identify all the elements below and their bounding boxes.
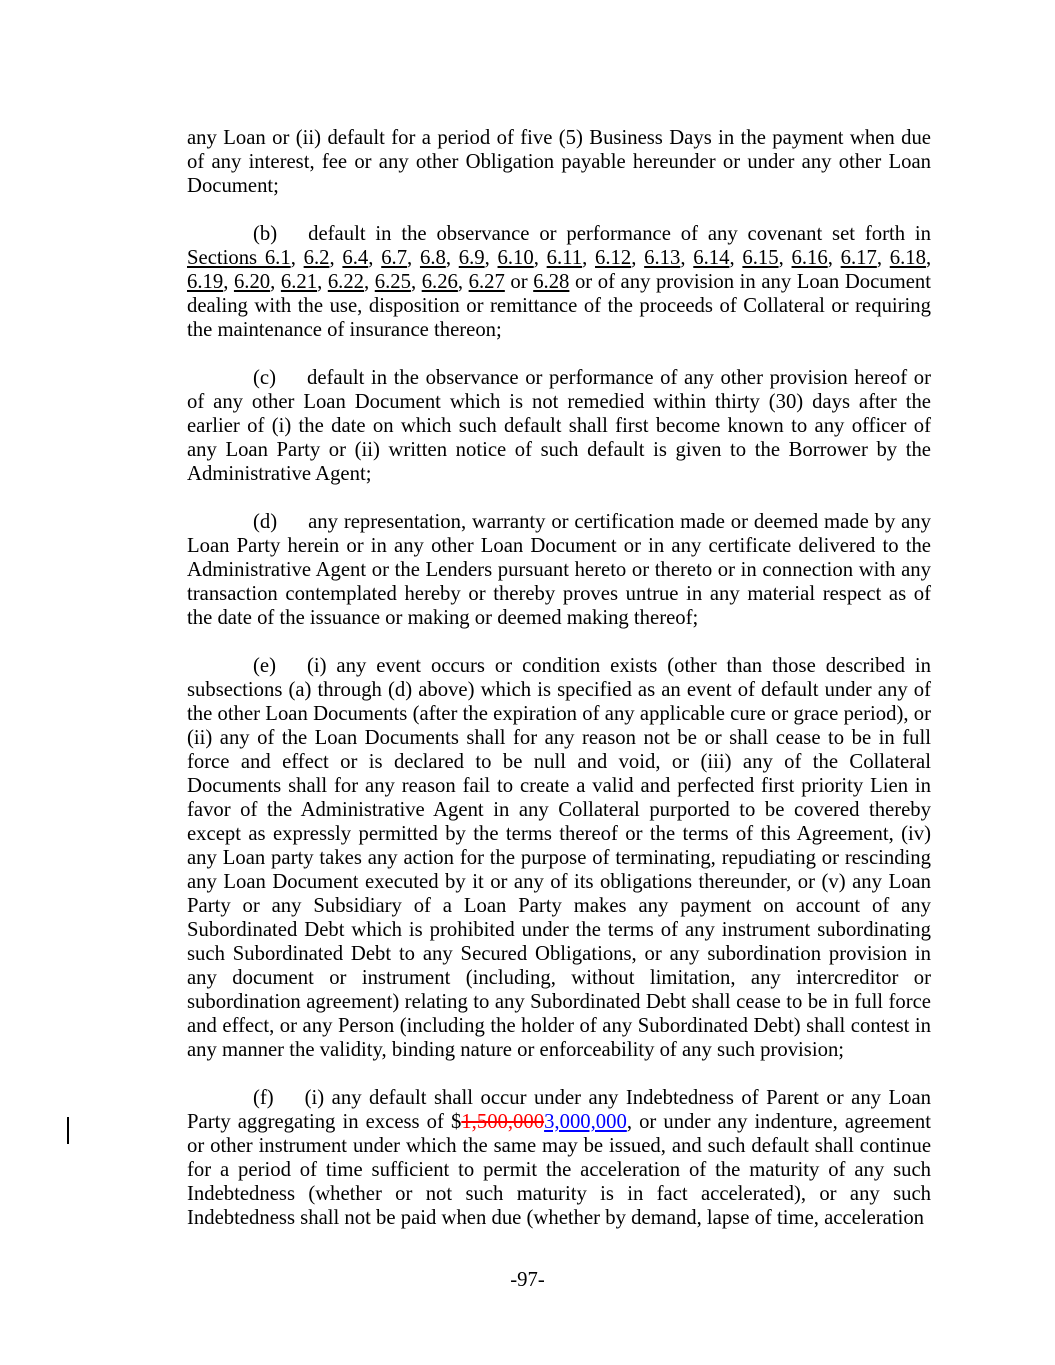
section-reference: 6.15	[742, 247, 778, 269]
text-segment: ,	[779, 247, 792, 269]
paragraph-clause-c: (c)default in the observance or performa…	[187, 366, 931, 486]
paragraph-clause-d-label: (d)	[253, 511, 277, 533]
text-segment: ,	[534, 247, 547, 269]
section-reference: 6.9	[459, 247, 485, 269]
text-segment: any representation, warranty or certific…	[187, 511, 931, 629]
text-segment: default in the observance or performance…	[187, 367, 931, 485]
page-footer: -97-	[0, 1268, 1055, 1292]
paragraph-clause-f: (f)(i) any default shall occur under any…	[187, 1086, 931, 1230]
document-body: any Loan or (ii) default for a period of…	[187, 126, 931, 1254]
section-reference: 6.12	[595, 247, 631, 269]
text-segment: (i) any event occurs or condition exists…	[187, 655, 931, 1061]
section-reference: 6.18	[890, 247, 926, 269]
text-segment: ,	[458, 271, 469, 293]
section-reference: 6.7	[381, 247, 407, 269]
text-segment: ,	[291, 247, 304, 269]
section-reference: 6.16	[792, 247, 828, 269]
text-segment: ,	[729, 247, 742, 269]
text-segment: ,	[364, 271, 375, 293]
section-reference: 6.10	[498, 247, 534, 269]
section-reference: 6.20	[234, 271, 270, 293]
inserted-text: 3,000,000	[544, 1111, 627, 1133]
section-reference: 6.21	[281, 271, 317, 293]
text-segment: default in the observance or performance…	[308, 223, 931, 245]
text-segment: ,	[329, 247, 342, 269]
text-segment: ,	[223, 271, 234, 293]
text-segment: ,	[680, 247, 693, 269]
text-segment: ,	[582, 247, 595, 269]
paragraph-clause-e-label: (e)	[253, 655, 276, 677]
section-reference: 6.17	[841, 247, 877, 269]
text-segment: ,	[485, 247, 498, 269]
section-reference: 6.22	[328, 271, 364, 293]
text-segment: ,	[828, 247, 841, 269]
text-segment: ,	[317, 271, 328, 293]
paragraph-continuation: any Loan or (ii) default for a period of…	[187, 126, 931, 198]
section-reference: 6.28	[533, 271, 569, 293]
paragraph-clause-b: (b)default in the observance or performa…	[187, 222, 931, 342]
document-page: any Loan or (ii) default for a period of…	[0, 0, 1055, 1365]
deleted-text: 1,500,000	[461, 1111, 544, 1133]
section-reference: 6.2	[304, 247, 330, 269]
text-segment: ,	[877, 247, 890, 269]
text-segment: ,	[407, 247, 420, 269]
text-segment: ,	[631, 247, 644, 269]
text-segment: ,	[446, 247, 459, 269]
paragraph-clause-c-label: (c)	[253, 367, 276, 389]
paragraph-clause-e: (e)(i) any event occurs or condition exi…	[187, 654, 931, 1062]
paragraph-clause-b-label: (b)	[253, 223, 277, 245]
section-reference: 6.4	[342, 247, 368, 269]
paragraph-clause-d: (d)any representation, warranty or certi…	[187, 510, 931, 630]
text-segment: ,	[926, 247, 931, 269]
paragraph-clause-f-label: (f)	[253, 1087, 274, 1109]
section-reference: 6.14	[693, 247, 729, 269]
section-reference: 6.27	[469, 271, 505, 293]
section-reference: 6.25	[375, 271, 411, 293]
section-reference: 6.13	[644, 247, 680, 269]
section-reference: 6.8	[420, 247, 446, 269]
text-segment: or	[505, 271, 533, 293]
section-reference: 6.26	[422, 271, 458, 293]
change-bar	[67, 1117, 69, 1144]
section-reference: Sections 6.1	[187, 247, 291, 269]
text-segment: any Loan or (ii) default for a period of…	[187, 127, 931, 197]
text-segment: ,	[368, 247, 381, 269]
text-segment: ,	[270, 271, 281, 293]
section-reference: 6.11	[547, 247, 582, 269]
text-segment: ,	[411, 271, 422, 293]
page-number: -97-	[510, 1269, 544, 1291]
section-reference: 6.19	[187, 271, 223, 293]
